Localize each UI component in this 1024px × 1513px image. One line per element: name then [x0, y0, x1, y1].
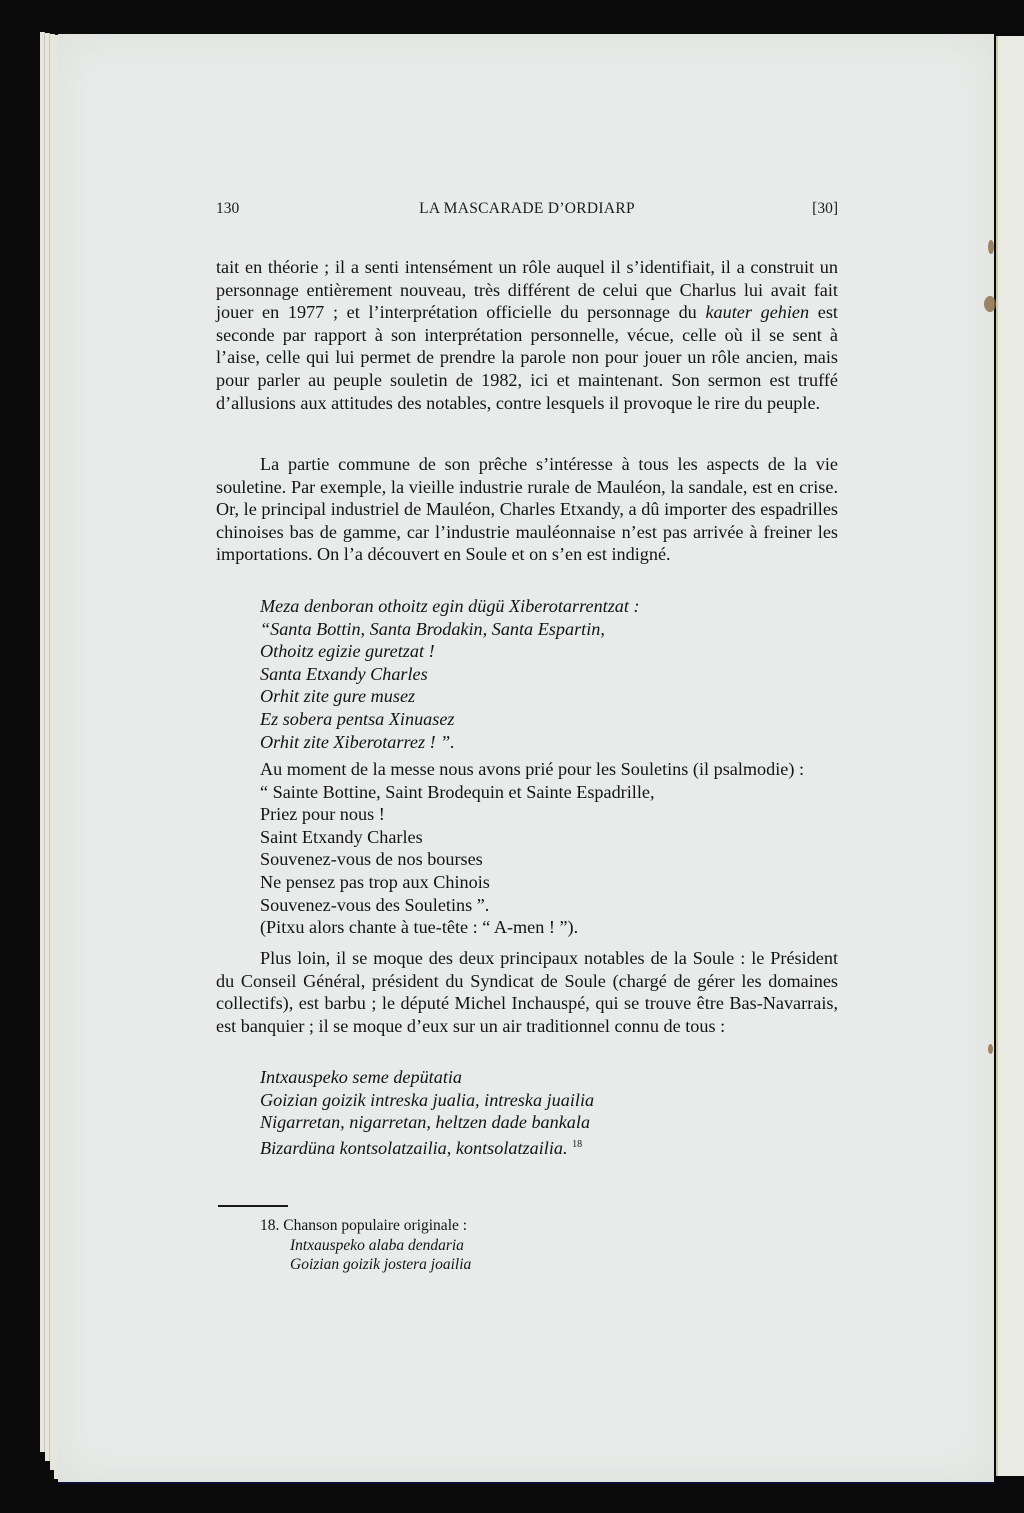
paragraph-3-text: Plus loin, il se moque des deux principa…	[216, 947, 838, 1037]
footnote-label: Chanson populaire originale :	[283, 1217, 467, 1234]
verse-line: Souvenez-vous des Souletins ”.	[260, 894, 840, 917]
verse-line: Orhit zite Xiberotarrez ! ”.	[260, 731, 840, 754]
verse-line: “Santa Bottin, Santa Brodakin, Santa Esp…	[260, 618, 840, 641]
verse-line: Au moment de la messe nous avons prié po…	[260, 758, 840, 781]
basque-verse-1: Meza denboran othoitz egin dügü Xiberota…	[260, 595, 840, 753]
section-number: [30]	[812, 200, 838, 218]
paper-stain	[988, 240, 994, 254]
verse-line: Priez pour nous !	[260, 803, 840, 826]
footnote-reference[interactable]: 18	[572, 1139, 582, 1150]
verse-line: Souvenez-vous de nos bourses	[260, 848, 840, 871]
verse-line: Goizian goizik intreska jualia, intreska…	[260, 1089, 840, 1112]
paragraph-2-text: La partie commune de son prêche s’intére…	[216, 453, 838, 566]
paragraph-1: tait en théorie ; il a senti intensément…	[216, 256, 838, 414]
french-translation: Au moment de la messe nous avons prié po…	[260, 758, 840, 939]
footnote-number: 18.	[260, 1217, 279, 1234]
verse-line: Meza denboran othoitz egin dügü Xiberota…	[260, 595, 840, 618]
verse-line: Ez sobera pentsa Xinuasez	[260, 708, 840, 731]
verse-line: Nigarretan, nigarretan, heltzen dade ban…	[260, 1111, 840, 1134]
paper-stain	[988, 1044, 993, 1054]
basque-verse-2: Intxauspeko seme depütatia Goizian goizi…	[260, 1066, 840, 1159]
footnote-rule	[218, 1205, 288, 1207]
footnote-verse-line: Goizian goizik jostera joailia	[290, 1255, 471, 1275]
verse-line: Intxauspeko seme depütatia	[260, 1066, 840, 1089]
paragraph-3: Plus loin, il se moque des deux principa…	[216, 947, 838, 1037]
paragraph-1-italic-term: kauter gehien	[705, 302, 809, 322]
paper-stain	[984, 296, 996, 312]
verse-line: Ne pensez pas trop aux Chinois	[260, 871, 840, 894]
paragraph-2: La partie commune de son prêche s’intére…	[216, 453, 838, 566]
footnote-verse-line: Intxauspeko alaba dendaria	[290, 1236, 471, 1256]
verse-line: Orhit zite gure musez	[260, 685, 840, 708]
verse-line-text: Bizardüna kontsolatzailia, kontsolatzail…	[260, 1138, 568, 1158]
verse-line: Othoitz egizie guretzat !	[260, 640, 840, 663]
facing-page-edge	[996, 36, 1024, 1476]
verse-line: Santa Etxandy Charles	[260, 663, 840, 686]
verse-line: (Pitxu alors chante à tue-tête : “ A-men…	[260, 916, 840, 939]
running-head: 130 LA MASCARADE D’ORDIARP [30]	[216, 200, 838, 222]
footnote-18: 18. Chanson populaire originale : Intxau…	[260, 1216, 471, 1275]
verse-line: “ Sainte Bottine, Saint Brodequin et Sai…	[260, 781, 840, 804]
verse-line: Saint Etxandy Charles	[260, 826, 840, 849]
running-title: LA MASCARADE D’ORDIARP	[216, 200, 838, 218]
verse-line: Bizardüna kontsolatzailia, kontsolatzail…	[260, 1134, 840, 1160]
